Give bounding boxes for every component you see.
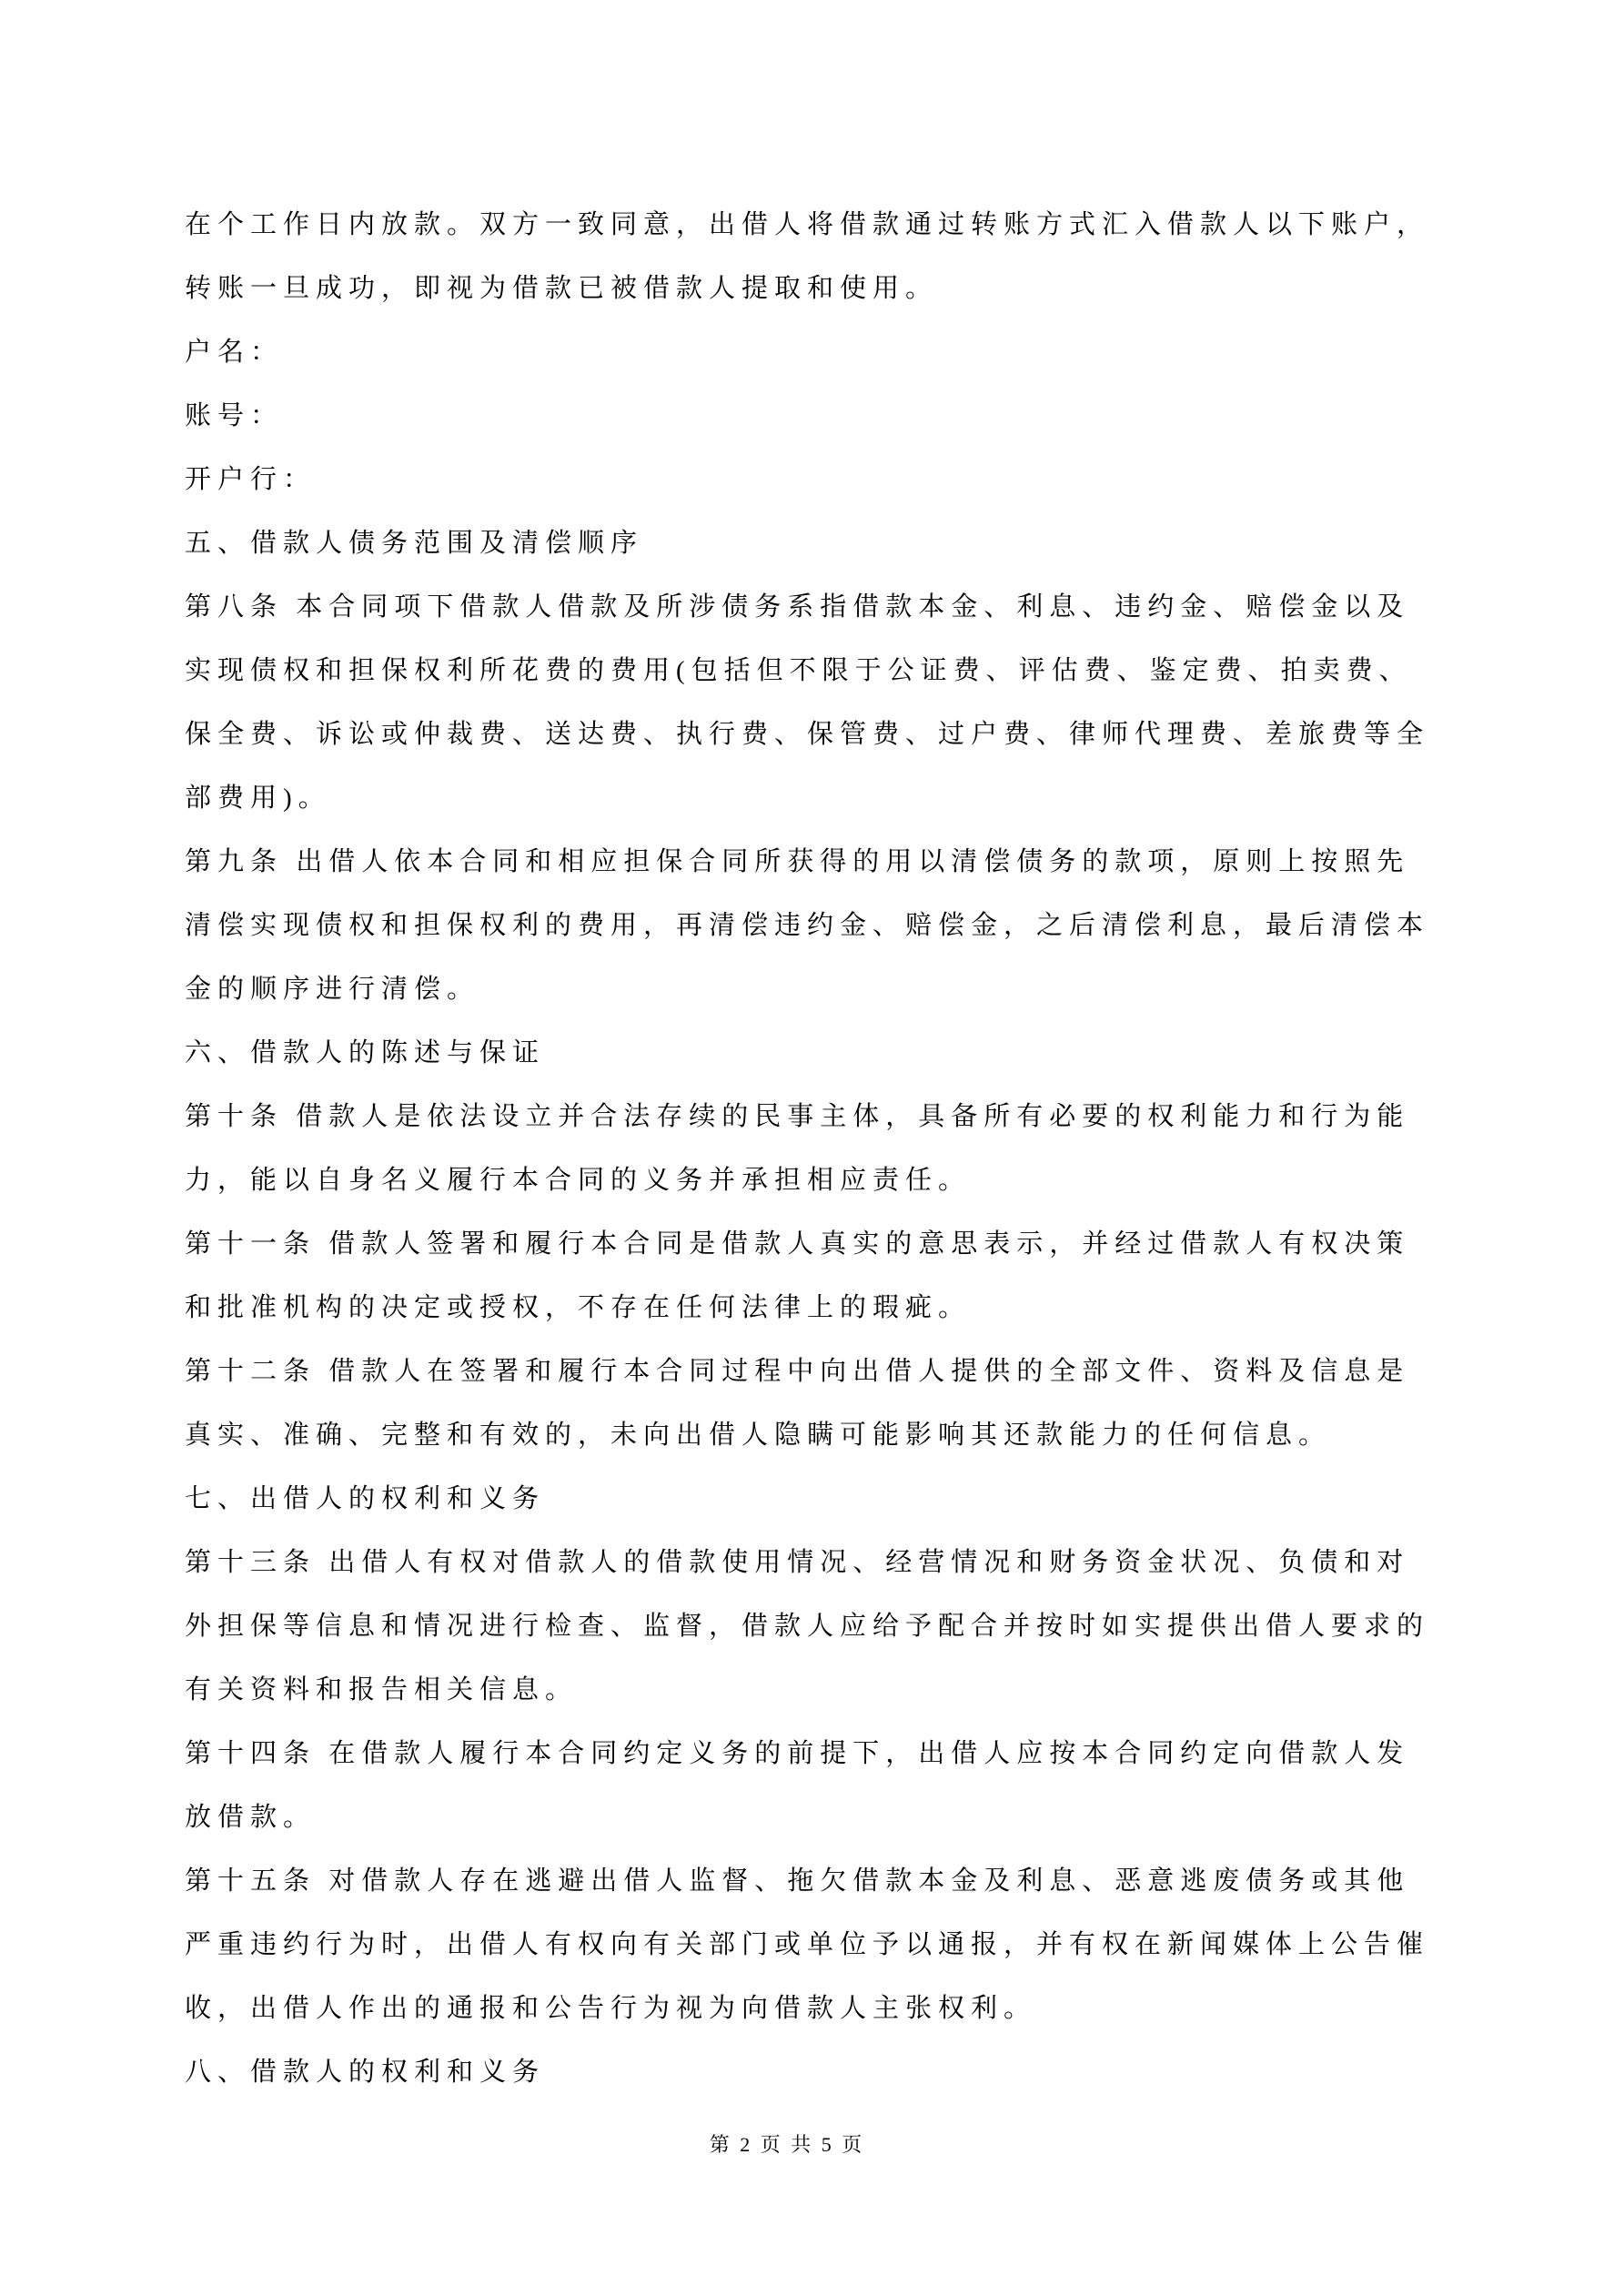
clause-8-line: 第八条 本合同项下借款人借款及所涉债务系指借款本金、利息、违约金、赔偿金以及 [185,575,1513,639]
text-line: 在个工作日内放款。双方一致同意，出借人将借款通过转账方式汇入借款人以下账户， [185,193,1513,257]
clause-11-line: 和批准机构的决定或授权，不存在任何法律上的瑕疵。 [185,1276,1513,1340]
clause-12-line: 真实、准确、完整和有效的，未向出借人隐瞒可能影响其还款能力的任何信息。 [185,1403,1513,1467]
clause-11-line: 第十一条 借款人签署和履行本合同是借款人真实的意思表示，并经过借款人有权决策 [185,1212,1513,1276]
clause-14-line: 放借款。 [185,1785,1513,1849]
contract-page: 在个工作日内放款。双方一致同意，出借人将借款通过转账方式汇入借款人以下账户， 转… [0,0,1624,2296]
clause-15-line: 严重违约行为时，出借人有权向有关部门或单位予以通报，并有权在新闻媒体上公告催 [185,1913,1513,1977]
section-heading-8: 八、借款人的权利和义务 [185,2040,1513,2104]
clause-9-line: 金的顺序进行清偿。 [185,957,1513,1021]
clause-10-line: 第十条 借款人是依法设立并合法存续的民事主体，具备所有必要的权利能力和行为能 [185,1085,1513,1148]
bank-branch-label: 开户行： [185,448,1513,511]
text-line: 转账一旦成功，即视为借款已被借款人提取和使用。 [185,257,1513,320]
page-number: 第 2 页 共 5 页 [0,2113,1574,2177]
clause-15-line: 第十五条 对借款人存在逃避出借人监督、拖欠借款本金及利息、恶意逃废债务或其他 [185,1849,1513,1913]
section-heading-6: 六、借款人的陈述与保证 [185,1021,1513,1085]
clause-9-line: 第九条 出借人依本合同和相应担保合同所获得的用以清偿债务的款项，原则上按照先 [185,830,1513,894]
clause-13-line: 第十三条 出借人有权对借款人的借款使用情况、经营情况和财务资金状况、负债和对 [185,1531,1513,1594]
clause-14-line: 第十四条 在借款人履行本合同约定义务的前提下，出借人应按本合同约定向借款人发 [185,1722,1513,1785]
section-heading-7: 七、出借人的权利和义务 [185,1467,1513,1531]
contract-body: 在个工作日内放款。双方一致同意，出借人将借款通过转账方式汇入借款人以下账户， 转… [185,193,1513,2104]
clause-12-line: 第十二条 借款人在签署和履行本合同过程中向出借人提供的全部文件、资料及信息是 [185,1340,1513,1403]
clause-8-line: 保全费、诉讼或仲裁费、送达费、执行费、保管费、过户费、律师代理费、差旅费等全 [185,703,1513,766]
clause-8-line: 实现债权和担保权利所花费的费用(包括但不限于公证费、评估费、鉴定费、拍卖费、 [185,639,1513,703]
section-heading-5: 五、借款人债务范围及清偿顺序 [185,511,1513,575]
clause-15-line: 收，出借人作出的通报和公告行为视为向借款人主张权利。 [185,1977,1513,2040]
clause-10-line: 力，能以自身名义履行本合同的义务并承担相应责任。 [185,1148,1513,1212]
clause-8-line: 部费用)。 [185,766,1513,830]
account-number-label: 账号： [185,384,1513,448]
clause-13-line: 有关资料和报告相关信息。 [185,1658,1513,1722]
account-name-label: 户名： [185,320,1513,384]
clause-13-line: 外担保等信息和情况进行检查、监督，借款人应给予配合并按时如实提供出借人要求的 [185,1594,1513,1658]
clause-9-line: 清偿实现债权和担保权利的费用，再清偿违约金、赔偿金，之后清偿利息，最后清偿本 [185,894,1513,957]
